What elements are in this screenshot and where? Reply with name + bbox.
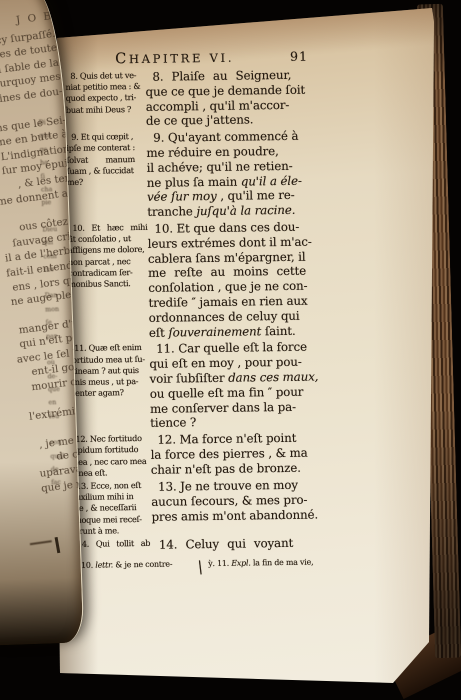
- text-line: monibus Sancti.: [68, 278, 146, 290]
- text-line: en: [48, 396, 74, 410]
- text-line: Dieu: [42, 222, 68, 236]
- verse-row: 8. Quis det ut ve-niat petitio mea : &qu…: [65, 67, 384, 131]
- text-line: quoque mei receſ-: [71, 513, 149, 525]
- latin-verse: 13. Ecce, non eſtauxilium mihi inme , & …: [71, 480, 152, 537]
- text-line: Dan: [45, 289, 71, 303]
- text-line: fac: [51, 476, 77, 490]
- text-line: 10. Et hæc mihi: [67, 222, 145, 234]
- facing-footnote-separator-mark: [54, 537, 59, 553]
- text-line: ſe: [45, 316, 71, 330]
- verse-row: 9. Et qui cœpit ,ipſe me conterat :ſolva…: [66, 128, 385, 221]
- text-line: tience ?: [150, 414, 322, 431]
- text-line: ſerunt à me.: [72, 525, 150, 537]
- text-line: mea , nec caro mea: [71, 455, 149, 467]
- french-verse: 8. Plaiſe au Seigneur,que ce que je dema…: [145, 67, 318, 129]
- text-line: ỳ. 11. Expl. la fin de ma vie,: [208, 556, 384, 569]
- text-line: ſuam , & ſuccidat: [67, 165, 145, 177]
- latin-verse: 8. Quis det ut ve-niat petitio mea : &qu…: [65, 70, 146, 116]
- latin-verse: 9. Et qui cœpit ,ipſe me conterat :ſolva…: [66, 131, 147, 188]
- text-line: de: [51, 462, 77, 476]
- page-header: CHAPITRE VI. 91: [65, 46, 383, 71]
- text-line: cha: [41, 183, 67, 197]
- text-line: ge: [39, 142, 65, 156]
- text-line: tranche juſqu'à la racine.: [147, 203, 319, 220]
- latin-verse: 14. Qui tollit ab: [72, 538, 152, 550]
- text-line: tienter agam?: [70, 387, 148, 399]
- text-line: ænea eſt.: [71, 467, 149, 479]
- text-line: par: [46, 329, 72, 343]
- verse-columns: 8. Quis det ut ve-niat petitio mea : &qu…: [65, 67, 390, 554]
- text-line: mon: [45, 302, 71, 316]
- footnote-right: ỳ. 11. Expl. la fin de ma vie,: [208, 556, 384, 574]
- french-verse: 14. Celuy qui voyant: [152, 535, 324, 552]
- text-line: cor: [44, 263, 70, 277]
- book-photo: CHAPITRE VI. 91 8. Quis det ut ve-niat p…: [0, 0, 461, 700]
- text-line: de ce que j'attens.: [146, 112, 318, 129]
- verse-row: 12. Nec fortitudolapidum fortitudomea , …: [70, 430, 389, 479]
- text-line: eſt ſouverainement ſaint.: [149, 323, 321, 340]
- footnote-separator: |: [191, 558, 209, 576]
- text-line: 13. Ecce, non eſt: [71, 480, 149, 492]
- text-line: buat mihi Deus ?: [66, 104, 144, 116]
- text-line: com: [43, 249, 69, 263]
- verse-row: 10. Et hæc mihiſit conſolatio , utafflig…: [67, 219, 387, 342]
- page-number: 91: [290, 49, 308, 64]
- text-line: qual: [50, 449, 76, 463]
- text-line: qua: [39, 129, 65, 143]
- text-line: me?: [67, 176, 145, 188]
- text-line: pie: [41, 196, 67, 210]
- latin-verse: 11. Quæ eſt enimfortitudo mea ut ſu-ſtin…: [69, 342, 150, 399]
- text-line: affligens me dolore,: [68, 244, 146, 256]
- text-line: chair n'eſt pas de bronze.: [151, 460, 323, 477]
- french-verse: 10. Et que dans ces dou-leurs extrémes d…: [147, 219, 321, 340]
- text-line: de-: [47, 369, 73, 383]
- text-line: finis meus , ut pa-: [70, 376, 148, 388]
- text-line: ſoû: [49, 409, 75, 423]
- french-verse: 11. Car quelle eſt la forcequi eſt en mo…: [149, 340, 322, 431]
- text-line: qui: [43, 236, 69, 250]
- text-line: que: [48, 382, 74, 396]
- latin-verse: 12. Nec fortitudolapidum fortitudomea , …: [70, 433, 151, 479]
- verse-row: 14. Qui tollit ab14. Celuy qui voyant: [72, 534, 390, 553]
- text-line: où: [47, 356, 73, 370]
- text-line: ou quelle eſt ma fin ″ pour: [150, 384, 322, 401]
- verse-row: 13. Ecce, non eſtauxilium mihi inme , & …: [71, 476, 390, 536]
- text-line: que ce que je demande ſoit: [145, 82, 317, 99]
- text-line: pres amis m'ont abandonné.: [151, 507, 323, 524]
- text-line: quod expecto , tri-: [66, 92, 144, 104]
- text-line: 14. Qui tollit ab: [72, 538, 150, 550]
- text-line: ỳ. 10. lettr. & je ne contre-: [72, 559, 192, 571]
- latin-verse: 10. Et hæc mihiſit conſolatio , utafflig…: [67, 222, 148, 290]
- text-line: Di: [38, 116, 64, 130]
- right-page: CHAPITRE VI. 91 8. Quis det ut ve-niat p…: [52, 2, 434, 694]
- facing-footnote-fragment-mark: [30, 540, 52, 545]
- text-line: 9. Qu'ayant commencé à: [146, 129, 318, 146]
- french-verse: 13. Je ne trouve en moyaucun ſecours, & …: [151, 477, 324, 524]
- page-text-block: CHAPITRE VI. 91 8. Quis det ut ve-niat p…: [65, 46, 390, 577]
- text-line: 14. Celuy qui voyant: [152, 535, 324, 552]
- french-verse: 9. Qu'ayant commencé àme réduire en poud…: [146, 129, 319, 220]
- footnotes: ỳ. 10. lettr. & je ne contre- | ỳ. 11. E…: [72, 556, 390, 576]
- text-line: ha: [40, 156, 66, 170]
- french-verse: 12. Ma force n'eſt pointla force des pie…: [150, 431, 323, 478]
- text-line: con: [50, 436, 76, 450]
- verse-row: 11. Quæ eſt enimfortitudo mea ut ſu-ſtin…: [69, 339, 388, 432]
- text-line: ſi: [40, 169, 66, 183]
- chapter-heading: CHAPITRE VI.: [115, 50, 234, 68]
- footnote-left: ỳ. 10. lettr. & je ne contre-: [72, 559, 192, 577]
